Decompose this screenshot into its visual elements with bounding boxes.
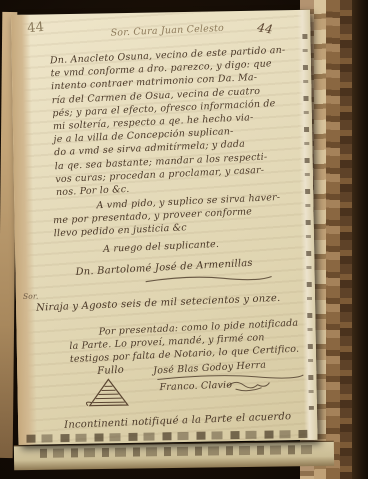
left-fold bbox=[11, 15, 38, 445]
rubric-triangle-icon bbox=[85, 376, 132, 409]
background-shadow bbox=[352, 0, 368, 479]
margin-note: Sor. bbox=[23, 292, 39, 301]
decree-paragraph: Por presentada: como lo pide notificada … bbox=[68, 316, 310, 366]
witness-signature: Franco. Clavio bbox=[159, 380, 232, 394]
page-edge-strip bbox=[340, 0, 352, 479]
cutoff-text-bleed bbox=[40, 445, 314, 458]
page-edge-strip bbox=[326, 0, 340, 479]
ruego-line: A ruego del suplicante. bbox=[103, 239, 219, 255]
underlying-page-edge bbox=[14, 441, 334, 470]
document-heading: Sor. Cura Juan Celesto bbox=[79, 21, 255, 40]
manuscript-photo: 44 Sor. Cura Juan Celesto 44 Dn. Anaclet… bbox=[0, 0, 368, 479]
petition-paragraph: Dn. Anacleto Osuna, vecino de este parti… bbox=[50, 43, 298, 199]
folio-number-ink: 44 bbox=[256, 20, 274, 36]
notification-line: Incontinenti notifiqué a la Parte el acu… bbox=[64, 410, 326, 431]
signature-rubric-icon bbox=[225, 377, 271, 394]
folio-number-pencil: 44 bbox=[27, 20, 45, 36]
date-line: Niraja y Agosto seis de mil setecientos … bbox=[36, 292, 308, 314]
signature-flourish-icon bbox=[144, 272, 274, 284]
manuscript-page: 44 Sor. Cura Juan Celesto 44 Dn. Anaclet… bbox=[11, 10, 317, 445]
